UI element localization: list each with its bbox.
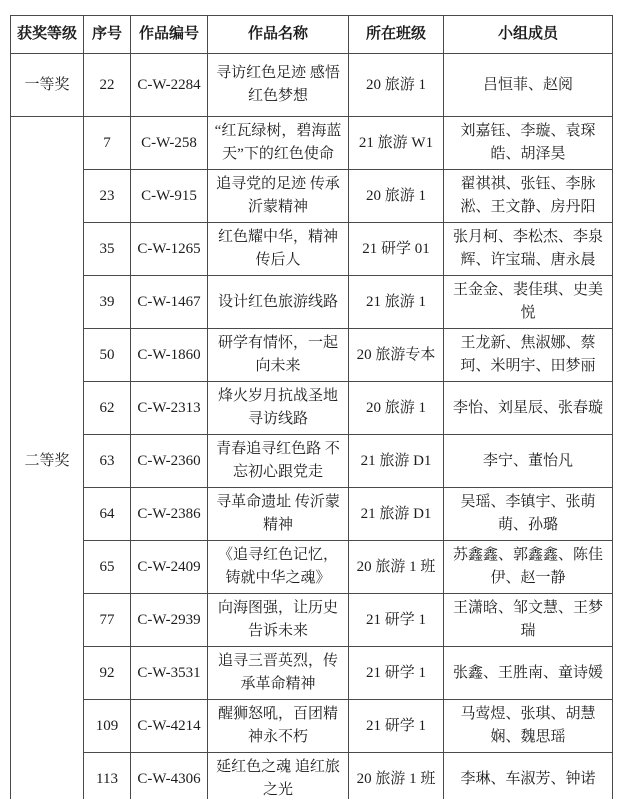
work-title-cell: 追寻党的足迹 传承沂蒙精神 (208, 170, 349, 223)
serial-number-cell: 77 (84, 594, 131, 647)
work-title-cell: 延红色之魂 追红旅之光 (208, 753, 349, 799)
serial-number-cell: 22 (84, 54, 131, 117)
serial-number-cell: 109 (84, 700, 131, 753)
header-work-title: 作品名称 (208, 16, 349, 54)
group-members-cell: 翟祺祺、张钰、李脉淞、王文静、房丹阳 (444, 170, 613, 223)
work-title-cell: 设计红色旅游线路 (208, 276, 349, 329)
table-row: 一等奖22C-W-2284寻访红色足迹 感悟红色梦想20 旅游 1吕恒菲、赵阅 (11, 54, 613, 117)
work-title-cell: “红瓦绿树，碧海蓝天”下的红色使命 (208, 117, 349, 170)
header-serial-number: 序号 (84, 16, 131, 54)
group-members-cell: 李怡、刘星辰、张春璇 (444, 382, 613, 435)
group-members-cell: 苏鑫鑫、郭鑫鑫、陈佳伊、赵一静 (444, 541, 613, 594)
class-cell: 21 研学 1 (349, 594, 444, 647)
table-row: 65C-W-2409《追寻红色记忆，铸就中华之魂》20 旅游 1 班苏鑫鑫、郭鑫… (11, 541, 613, 594)
group-members-cell: 王龙新、焦淑娜、蔡珂、米明宇、田梦丽 (444, 329, 613, 382)
work-code-cell: C-W-1265 (131, 223, 208, 276)
table-row: 109C-W-4214醒狮怒吼，百团精神永不朽21 研学 1马莺煜、张琪、胡慧娴… (11, 700, 613, 753)
work-code-cell: C-W-2360 (131, 435, 208, 488)
serial-number-cell: 23 (84, 170, 131, 223)
award-level-cell: 一等奖 (11, 54, 84, 117)
table-row: 50C-W-1860研学有情怀，一起向未来20 旅游专本王龙新、焦淑娜、蔡珂、米… (11, 329, 613, 382)
class-cell: 21 研学 1 (349, 700, 444, 753)
award-level-cell: 二等奖 (11, 117, 84, 799)
class-cell: 21 旅游 1 (349, 276, 444, 329)
serial-number-cell: 35 (84, 223, 131, 276)
work-code-cell: C-W-2939 (131, 594, 208, 647)
work-title-cell: 醒狮怒吼，百团精神永不朽 (208, 700, 349, 753)
header-group-members: 小组成员 (444, 16, 613, 54)
table-row: 39C-W-1467设计红色旅游线路21 旅游 1王金金、裴佳琪、史美悦 (11, 276, 613, 329)
work-title-cell: 寻革命遗址 传沂蒙精神 (208, 488, 349, 541)
serial-number-cell: 7 (84, 117, 131, 170)
group-members-cell: 李宁、董怡凡 (444, 435, 613, 488)
group-members-cell: 马莺煜、张琪、胡慧娴、魏思瑶 (444, 700, 613, 753)
serial-number-cell: 50 (84, 329, 131, 382)
class-cell: 21 研学 01 (349, 223, 444, 276)
awards-table: 获奖等级 序号 作品编号 作品名称 所在班级 小组成员 一等奖22C-W-228… (10, 15, 613, 799)
table-row: 113C-W-4306延红色之魂 追红旅之光20 旅游 1 班李琳、车淑芳、钟诺 (11, 753, 613, 799)
work-code-cell: C-W-3531 (131, 647, 208, 700)
work-code-cell: C-W-2313 (131, 382, 208, 435)
class-cell: 21 旅游 D1 (349, 435, 444, 488)
serial-number-cell: 39 (84, 276, 131, 329)
awards-table-body: 一等奖22C-W-2284寻访红色足迹 感悟红色梦想20 旅游 1吕恒菲、赵阅二… (11, 54, 613, 799)
group-members-cell: 张鑫、王胜南、童诗媛 (444, 647, 613, 700)
awards-table-header: 获奖等级 序号 作品编号 作品名称 所在班级 小组成员 (11, 16, 613, 54)
class-cell: 20 旅游 1 (349, 170, 444, 223)
class-cell: 20 旅游 1 班 (349, 753, 444, 799)
document-page: 获奖等级 序号 作品编号 作品名称 所在班级 小组成员 一等奖22C-W-228… (0, 0, 624, 799)
table-row: 63C-W-2360青春追寻红色路 不忘初心跟党走21 旅游 D1李宁、董怡凡 (11, 435, 613, 488)
table-row: 23C-W-915追寻党的足迹 传承沂蒙精神20 旅游 1翟祺祺、张钰、李脉淞、… (11, 170, 613, 223)
work-title-cell: 《追寻红色记忆，铸就中华之魂》 (208, 541, 349, 594)
table-row: 62C-W-2313烽火岁月抗战圣地寻访线路20 旅游 1李怡、刘星辰、张春璇 (11, 382, 613, 435)
work-title-cell: 烽火岁月抗战圣地寻访线路 (208, 382, 349, 435)
serial-number-cell: 113 (84, 753, 131, 799)
work-title-cell: 青春追寻红色路 不忘初心跟党走 (208, 435, 349, 488)
table-row: 64C-W-2386寻革命遗址 传沂蒙精神21 旅游 D1吴瑶、李镇宇、张萌萌、… (11, 488, 613, 541)
table-row: 77C-W-2939向海图强，让历史告诉未来21 研学 1王潇晗、邹文慧、王梦瑞 (11, 594, 613, 647)
work-title-cell: 研学有情怀，一起向未来 (208, 329, 349, 382)
group-members-cell: 张月柯、李松杰、李泉辉、许宝瑞、唐永晨 (444, 223, 613, 276)
work-title-cell: 寻访红色足迹 感悟红色梦想 (208, 54, 349, 117)
table-row: 92C-W-3531追寻三晋英烈，传承革命精神21 研学 1张鑫、王胜南、童诗媛 (11, 647, 613, 700)
work-code-cell: C-W-1467 (131, 276, 208, 329)
class-cell: 21 旅游 W1 (349, 117, 444, 170)
class-cell: 20 旅游专本 (349, 329, 444, 382)
class-cell: 21 研学 1 (349, 647, 444, 700)
work-title-cell: 追寻三晋英烈，传承革命精神 (208, 647, 349, 700)
header-class: 所在班级 (349, 16, 444, 54)
serial-number-cell: 92 (84, 647, 131, 700)
serial-number-cell: 62 (84, 382, 131, 435)
work-title-cell: 向海图强，让历史告诉未来 (208, 594, 349, 647)
class-cell: 20 旅游 1 (349, 382, 444, 435)
work-code-cell: C-W-2284 (131, 54, 208, 117)
table-row: 35C-W-1265红色耀中华，精神传后人21 研学 01张月柯、李松杰、李泉辉… (11, 223, 613, 276)
work-code-cell: C-W-4214 (131, 700, 208, 753)
serial-number-cell: 64 (84, 488, 131, 541)
group-members-cell: 吴瑶、李镇宇、张萌萌、孙璐 (444, 488, 613, 541)
work-code-cell: C-W-1860 (131, 329, 208, 382)
work-code-cell: C-W-2409 (131, 541, 208, 594)
serial-number-cell: 63 (84, 435, 131, 488)
header-work-code: 作品编号 (131, 16, 208, 54)
work-title-cell: 红色耀中华，精神传后人 (208, 223, 349, 276)
group-members-cell: 王潇晗、邹文慧、王梦瑞 (444, 594, 613, 647)
group-members-cell: 刘嘉钰、李璇、袁琛皓、胡泽昊 (444, 117, 613, 170)
class-cell: 20 旅游 1 班 (349, 541, 444, 594)
class-cell: 20 旅游 1 (349, 54, 444, 117)
work-code-cell: C-W-258 (131, 117, 208, 170)
group-members-cell: 王金金、裴佳琪、史美悦 (444, 276, 613, 329)
table-row: 二等奖7C-W-258“红瓦绿树，碧海蓝天”下的红色使命21 旅游 W1刘嘉钰、… (11, 117, 613, 170)
work-code-cell: C-W-4306 (131, 753, 208, 799)
header-row: 获奖等级 序号 作品编号 作品名称 所在班级 小组成员 (11, 16, 613, 54)
work-code-cell: C-W-2386 (131, 488, 208, 541)
group-members-cell: 李琳、车淑芳、钟诺 (444, 753, 613, 799)
serial-number-cell: 65 (84, 541, 131, 594)
work-code-cell: C-W-915 (131, 170, 208, 223)
group-members-cell: 吕恒菲、赵阅 (444, 54, 613, 117)
header-award-level: 获奖等级 (11, 16, 84, 54)
class-cell: 21 旅游 D1 (349, 488, 444, 541)
